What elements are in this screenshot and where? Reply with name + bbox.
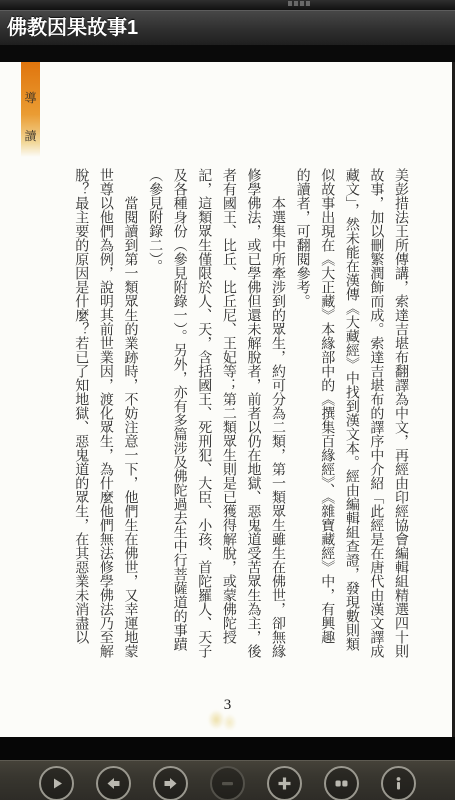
text-column: 美彭措法王所傳講，索達吉堪布翻譯為中文，再經由印經協會編輯組精選四十則 — [387, 168, 412, 683]
text-column: 及各種身份（參見附錄一）。另外，亦有多篇涉及佛陀過去生中行菩薩道的事蹟 — [166, 168, 191, 683]
text-column: （參見附錄二）。 — [141, 168, 166, 683]
info-button[interactable] — [381, 766, 416, 800]
pages-icon — [333, 775, 350, 792]
page-text: 美彭措法王所傳講，索達吉堪布翻譯為中文，再經由印經協會編輯組精選四十則 故事，加… — [68, 168, 412, 683]
info-icon — [390, 775, 407, 792]
next-page-button[interactable] — [153, 766, 188, 800]
arrow-right-icon — [162, 775, 179, 792]
text-column: 記，這類眾生僅限於人、天，含括國王、死刑犯、大臣、小孩、首陀羅人、天子 — [191, 168, 216, 683]
status-indicator-icons — [288, 1, 310, 6]
play-button[interactable] — [39, 766, 74, 800]
text-column: 當閱讀到第一類眾生的業跡時，不妨注意一下，他們生在佛世，又幸運地蒙 — [117, 168, 142, 683]
minus-icon — [219, 775, 236, 792]
section-bookmark-tab[interactable]: 導 讀 — [21, 62, 40, 157]
text-column: 脫？最主要的原因是什麼？若已了知地獄、惡鬼道的眾生，在其惡業未消盡以 — [68, 168, 93, 683]
text-column: 藏文」，然未能在漢傳《大藏經》中找到漢文本。經由編輯組查證，發現數則類 — [338, 168, 363, 683]
page-layout-button[interactable] — [324, 766, 359, 800]
app-title: 佛教因果故事1 — [0, 11, 455, 45]
text-column: 似故事出現在《大正藏》本緣部中的《撰集百緣經》、《雜寶藏經》中，有興趣 — [314, 168, 339, 683]
text-column: 本選集中所牽涉到的眾生，約可分為二類，第一類眾生雖生在佛世，卻無緣 — [264, 168, 289, 683]
text-column: 故事，加以刪繁潤飾而成。索達吉堪布的譯序中介紹「此經是在唐代由漢文譯成 — [363, 168, 388, 683]
text-column: 者有國王、比丘、比丘尼、王妃等；第二類眾生則是已獲得解脫，或蒙佛陀授 — [215, 168, 240, 683]
zoom-in-button[interactable] — [267, 766, 302, 800]
book-page[interactable]: 導 讀 美彭措法王所傳講，索達吉堪布翻譯為中文，再經由印經協會編輯組精選四十則 … — [0, 62, 455, 737]
zoom-out-button[interactable] — [210, 766, 245, 800]
plus-icon — [276, 775, 293, 792]
reader-toolbar — [0, 760, 455, 800]
text-column: 世尊以他們為例，說明其前世業因，渡化眾生，為什麼他們無法修學佛法乃至解 — [92, 168, 117, 683]
tab-label-char: 導 — [24, 92, 36, 104]
play-icon — [48, 775, 65, 792]
tab-label-char: 讀 — [24, 130, 36, 142]
title-divider — [0, 45, 455, 62]
title-bar: 佛教因果故事1 — [0, 10, 455, 45]
page-number: 3 — [224, 697, 232, 713]
text-column: 修學佛法，或已學佛但還未解脫者，前者以仍在地獄、惡鬼道受苦眾生為主，後 — [240, 168, 265, 683]
previous-page-button[interactable] — [96, 766, 131, 800]
text-column: 的讀者，可翻閱參考。 — [289, 168, 314, 683]
bottom-divider — [0, 737, 455, 760]
status-bar — [0, 0, 455, 10]
arrow-left-icon — [105, 775, 122, 792]
